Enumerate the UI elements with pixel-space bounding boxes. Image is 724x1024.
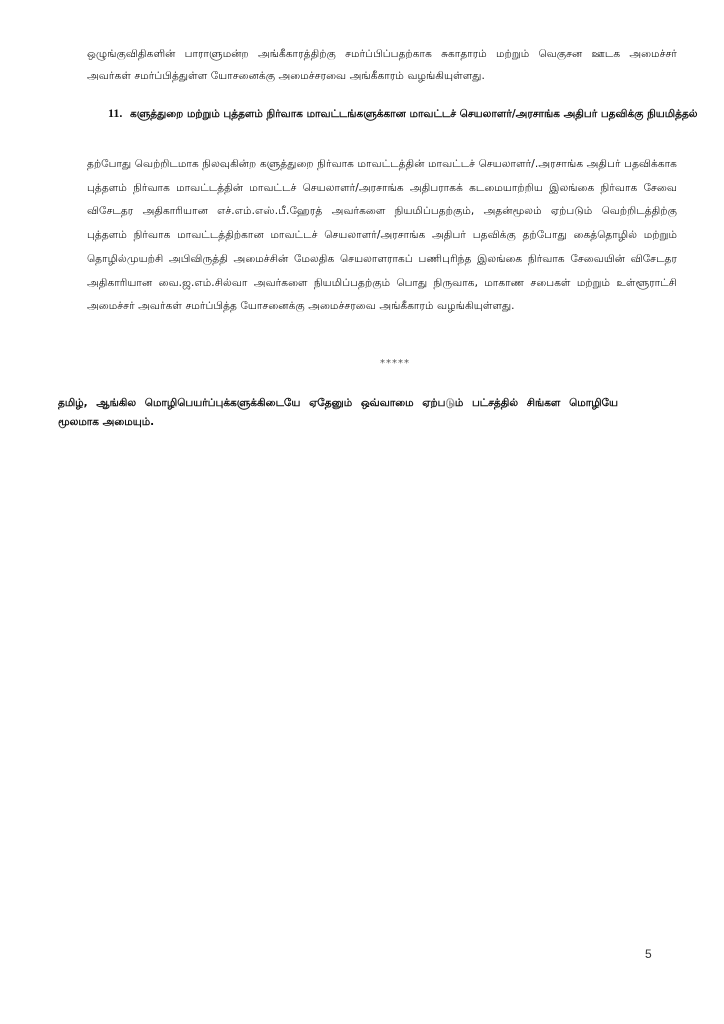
- section-heading-text: களுத்துறை மற்றும் புத்தளம் நிர்வாக மாவட்…: [130, 108, 698, 120]
- intro-paragraph: ஒழுங்குவிதிகளின் பாராளுமன்ற அங்கீகாரத்தி…: [87, 43, 677, 87]
- section-separator: *****: [380, 358, 410, 369]
- language-note: தமிழ், ஆங்கில மொழிபெயர்ப்புக்களுக்கிடையே…: [58, 394, 618, 432]
- section-number: 11.: [108, 103, 130, 123]
- section-heading: 11.களுத்துறை மற்றும் புத்தளம் நிர்வாக மா…: [108, 103, 698, 124]
- document-page: ஒழுங்குவிதிகளின் பாராளுமன்ற அங்கீகாரத்தி…: [0, 0, 724, 1024]
- section-body-paragraph: தற்போது வெற்றிடமாக நிலவுகின்ற களுத்துறை …: [87, 153, 677, 319]
- page-number: 5: [645, 947, 652, 961]
